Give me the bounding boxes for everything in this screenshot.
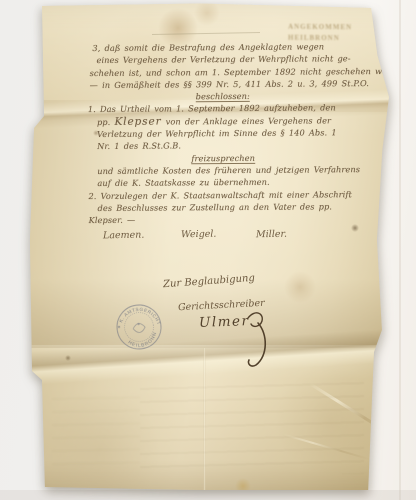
item1-line: 1. Das Urtheil vom 1. September 1892 auf… — [88, 101, 376, 115]
item1-line: und sämtliche Kosten des früheren und je… — [97, 163, 376, 177]
item1-post: von der Anklage eines Vergehens der — [161, 115, 331, 126]
item2-line: 2. Vorzulegen der K. Staatsanwaltschaft … — [88, 188, 376, 202]
photo-background: ANGEKOMMEN HEILBRONN 3, daß somit die Be… — [0, 0, 416, 500]
ink-showthrough-left — [52, 392, 140, 472]
defendant-name: Klepser — [114, 115, 161, 127]
resolution-heading-text: beschlossen: — [196, 91, 250, 102]
acquittal-heading-text: freizusprechen — [191, 153, 255, 164]
ink-showthrough — [140, 382, 364, 474]
item1-line: Verletzung der Wehrpflicht im Sinne des … — [97, 126, 376, 140]
court-seal-icon: ✶ K. AMTSGERICHT ✶ HEILBRONN — [112, 300, 166, 354]
judge-signature-2: Weigel. — [181, 229, 217, 241]
letterhead-line-1: ANGEKOMMEN — [288, 22, 352, 34]
judge-signature-3: Miller. — [256, 229, 287, 241]
item2-line: Klepser. — — [89, 212, 377, 226]
document-paper: ANGEKOMMEN HEILBRONN 3, daß somit die Be… — [0, 0, 416, 500]
signature-flourish-icon — [192, 308, 292, 370]
clause3-line: — in Gemäßheit des §§ 399 Nr. 5, 411 Abs… — [90, 77, 376, 91]
paper-shadow-wrapper: ANGEKOMMEN HEILBRONN 3, daß somit die Be… — [0, 0, 416, 500]
item1-pre: pp. — [97, 117, 115, 127]
handwritten-body: 3, daß somit die Bestrafung des Angeklag… — [87, 40, 376, 226]
judge-signature-1: Laemen. — [103, 230, 145, 242]
